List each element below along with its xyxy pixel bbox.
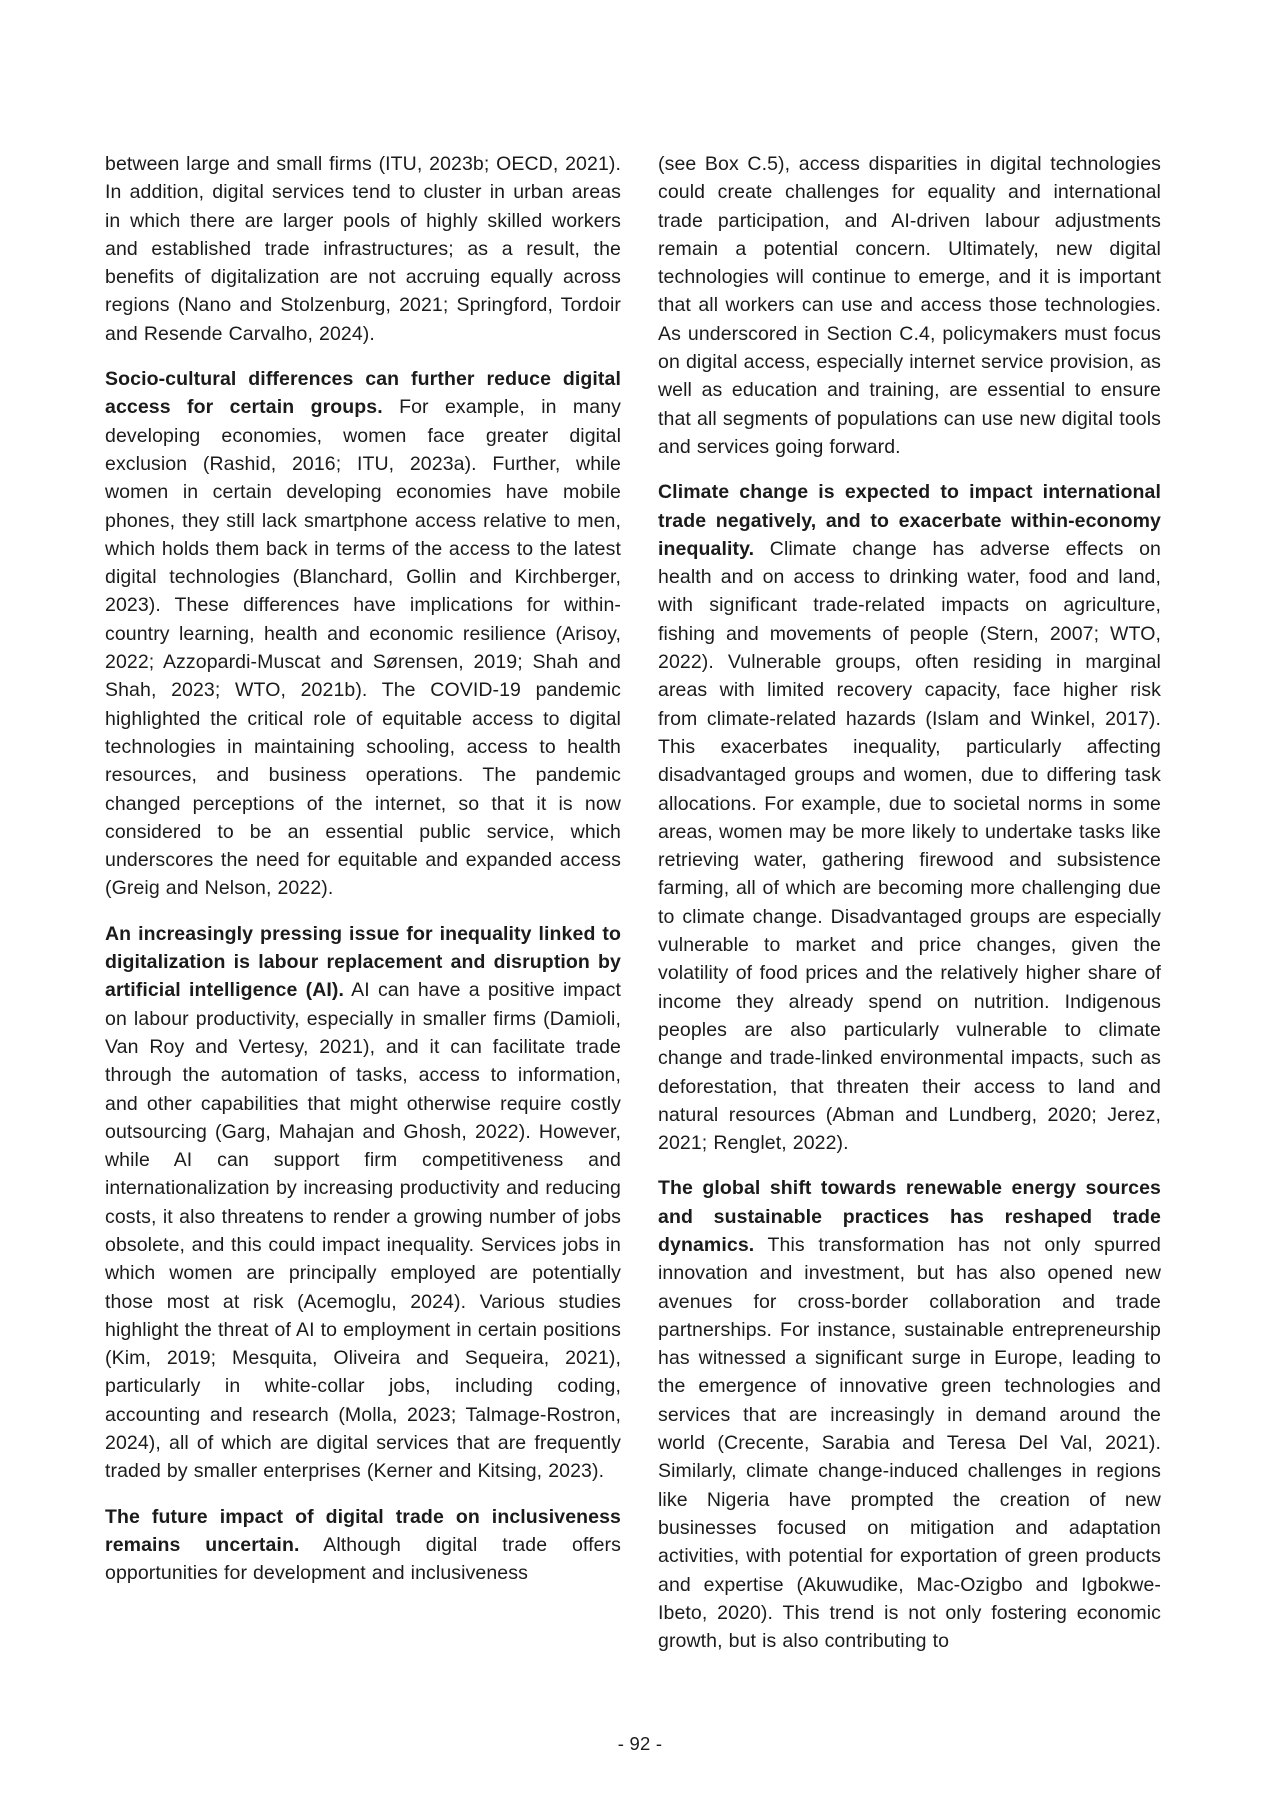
paragraph-body: between large and small firms (ITU, 2023… — [105, 153, 621, 345]
paragraph-continuation: between large and small firms (ITU, 2023… — [105, 150, 621, 348]
document-page: between large and small firms (ITU, 2023… — [0, 0, 1280, 1809]
paragraph-body: This transformation has not only spurred… — [658, 1234, 1161, 1652]
paragraph-climate-change: Climate change is expected to impact int… — [658, 478, 1161, 1157]
paragraph-socio-cultural: Socio-cultural differences can further r… — [105, 365, 621, 903]
paragraph-renewable-energy: The global shift towards renewable energ… — [658, 1174, 1161, 1655]
left-column: between large and small firms (ITU, 2023… — [105, 150, 621, 1655]
paragraph-body: (see Box C.5), access disparities in dig… — [658, 153, 1161, 458]
page-number: - 92 - — [0, 1733, 1280, 1755]
paragraph-continuation: (see Box C.5), access disparities in dig… — [658, 150, 1161, 461]
paragraph-body: For example, in many developing economie… — [105, 396, 621, 899]
paragraph-ai-inequality: An increasingly pressing issue for inequ… — [105, 920, 621, 1486]
text-columns: between large and small firms (ITU, 2023… — [105, 150, 1161, 1655]
right-column: (see Box C.5), access disparities in dig… — [658, 150, 1161, 1655]
paragraph-body: Climate change has adverse effects on he… — [658, 538, 1161, 1154]
paragraph-body: AI can have a positive impact on labour … — [105, 979, 621, 1482]
paragraph-future-impact: The future impact of digital trade on in… — [105, 1503, 621, 1588]
